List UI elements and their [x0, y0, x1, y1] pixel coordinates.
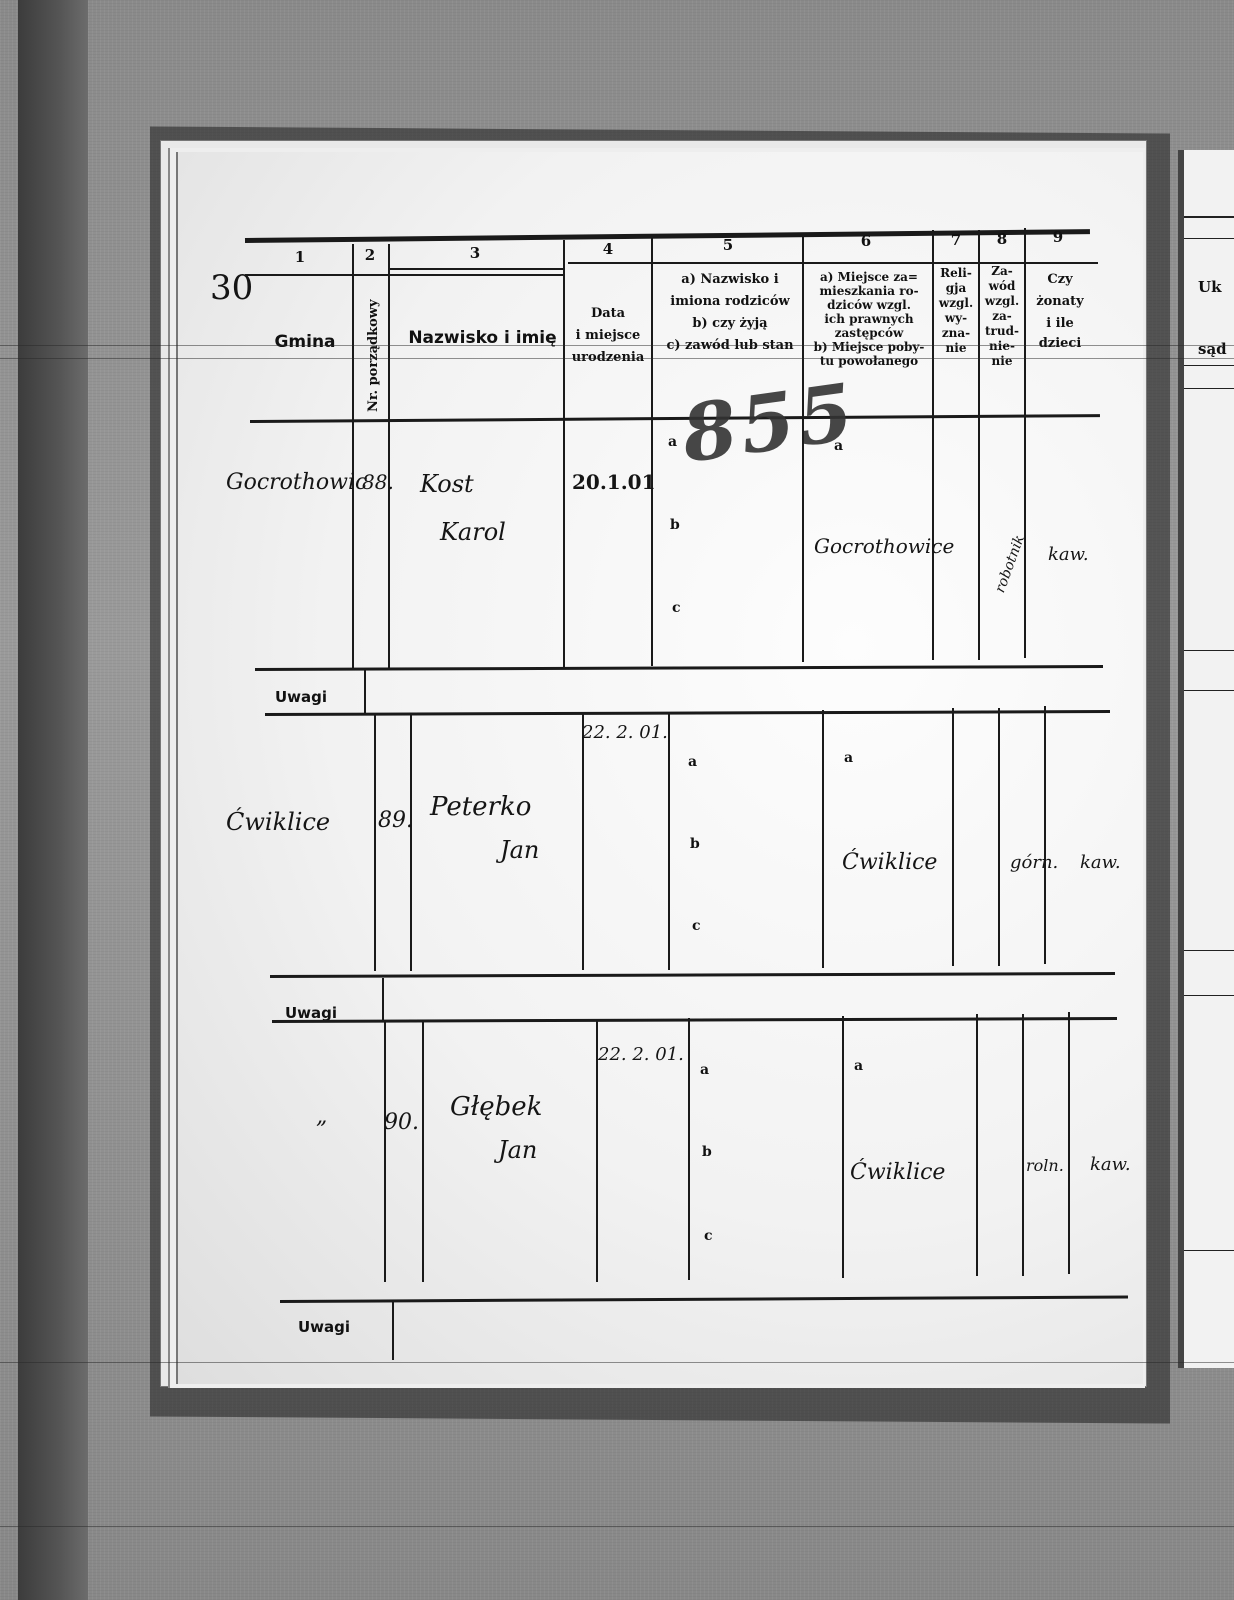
entry-birth-date: 20.1.01 [572, 470, 656, 494]
header-line: nie- [980, 339, 1024, 354]
header-line: dziców wzgl. [805, 298, 933, 312]
column-rule [410, 715, 412, 971]
column-rule [1068, 1012, 1070, 1274]
header-line: i miejsce [568, 328, 648, 344]
remarks-label: Uwagi [275, 688, 327, 706]
entry-surname: Kost [420, 470, 474, 498]
header-line: zastępców [805, 326, 933, 340]
column-rule [1024, 228, 1026, 658]
sub-label-a: a [688, 754, 697, 770]
entry-occupation: roln. [1026, 1156, 1064, 1175]
column-rule [978, 230, 980, 660]
column-rule [668, 712, 670, 970]
header-line: ich prawnych [805, 312, 933, 326]
column-rule [582, 712, 584, 970]
entry-nr: 88. [362, 470, 394, 494]
header-line: mieszkania ro- [805, 284, 933, 298]
column-rule [382, 978, 384, 1022]
header-line: Data [568, 306, 648, 322]
header-rodzice: a) Nazwisko i imiona rodziców b) czy żyj… [655, 272, 805, 354]
header-nr-porzadkowy: Nr. porządkowy [366, 299, 381, 412]
header-data-urodzenia: Data i miejsce urodzenia [568, 306, 648, 366]
header-line: Czy [1028, 272, 1092, 288]
column-number: 1 [285, 248, 315, 266]
column-rule [998, 708, 1000, 966]
header-line: wód [980, 279, 1024, 294]
adjacent-page: Uk r sąd [1178, 150, 1234, 1368]
sub-label-a: a [700, 1062, 709, 1078]
header-line: imiona rodziców [655, 294, 805, 310]
header-line: zna- [935, 326, 977, 341]
header-line: tu powołanego [805, 354, 933, 368]
header-line: b) czy żyją [655, 316, 805, 332]
entry-gmina: Gocrothowic [226, 470, 367, 495]
entry-surname: Głębek [450, 1092, 542, 1122]
entry-given-name: Jan [500, 836, 539, 864]
header-line: Za- [980, 264, 1024, 279]
entry-birth-date: 22. 2. 01. [598, 1044, 684, 1065]
entry-surname: Peterko [430, 792, 531, 822]
column-rule [422, 1022, 424, 1282]
header-line: żonaty [1028, 294, 1092, 310]
sub-label-a: a [844, 750, 853, 766]
entry-gmina-ditto: „ [316, 1104, 327, 1129]
header-line: gja [935, 281, 977, 296]
sub-label-b: b [702, 1144, 712, 1160]
scan-artifact [0, 1362, 1234, 1363]
header-line: a) Miejsce za= [805, 270, 933, 284]
binding-gutter [18, 0, 88, 1600]
column-rule [952, 708, 954, 966]
entry-residence: Ćwiklice [842, 850, 937, 875]
entry-marital: kaw. [1048, 544, 1089, 565]
sub-label-b: b [670, 517, 680, 533]
header-line: trud- [980, 324, 1024, 339]
column-rule [1022, 1014, 1024, 1276]
header-miejsce-zamieszkania: a) Miejsce za= mieszkania ro- dziców wzg… [805, 270, 933, 368]
remarks-label: Uwagi [298, 1318, 350, 1336]
column-number: 9 [1048, 228, 1068, 246]
scan-artifact [0, 1526, 1234, 1527]
column-rule [976, 1014, 978, 1276]
header-zonaty: Czy żonaty i ile dzieci [1028, 272, 1092, 352]
header-nazwisko-imie: Nazwisko i imię [400, 330, 565, 346]
sub-label-a: a [854, 1058, 863, 1074]
entry-marital: kaw. [1080, 852, 1121, 873]
column-number: 6 [856, 232, 876, 250]
header-zawod: Za- wód wzgl. za- trud- nie- nie [980, 264, 1024, 369]
column-rule [563, 240, 565, 668]
header-religia: Reli- gja wzgl. wy- zna- nie [935, 266, 977, 356]
column-rule [384, 1022, 386, 1282]
header-line: za- [980, 309, 1024, 324]
column-number: 2 [360, 246, 380, 264]
column-number: 5 [718, 236, 738, 254]
entry-nr: 89. [378, 808, 413, 833]
header-line: nie [935, 341, 977, 356]
entry-given-name: Jan [498, 1136, 537, 1164]
entry-residence: Gocrothowice [814, 534, 954, 558]
header-line: nie [980, 354, 1024, 369]
column-rule [1044, 706, 1046, 964]
adjacent-page-text: Uk [1198, 278, 1221, 296]
column-rule [932, 230, 934, 660]
scan-artifact [0, 358, 1234, 359]
header-rule [390, 268, 565, 270]
header-line: Reli- [935, 266, 977, 281]
header-line: wzgl. [935, 296, 977, 311]
entry-gmina: Ćwiklice [226, 808, 330, 836]
column-rule [392, 1302, 394, 1360]
column-number: 4 [598, 240, 618, 258]
column-rule [364, 670, 366, 714]
sub-label-a: a [668, 434, 677, 450]
sub-label-c: c [692, 918, 701, 934]
entry-marital: kaw. [1090, 1154, 1131, 1175]
entry-given-name: Karol [440, 518, 506, 546]
column-number: 3 [465, 244, 485, 262]
header-line: b) Miejsce poby- [805, 340, 933, 354]
header-line: c) zawód lub stan [655, 338, 805, 354]
header-line: wy- [935, 311, 977, 326]
column-rule [651, 238, 653, 666]
column-number: 7 [946, 231, 966, 249]
column-rule [388, 244, 390, 670]
column-rule [352, 244, 354, 670]
entry-occupation: górn. [1010, 852, 1058, 873]
column-rule [842, 1016, 844, 1278]
scan-artifact [0, 345, 1234, 346]
sub-label-c: c [672, 600, 681, 616]
entry-birth-date: 22. 2. 01. [582, 722, 668, 743]
column-rule [688, 1018, 690, 1280]
sub-label-c: c [704, 1228, 713, 1244]
adjacent-page-text: sąd [1198, 340, 1227, 358]
column-rule [822, 710, 824, 968]
header-line: dzieci [1028, 336, 1092, 352]
entry-nr: 90. [384, 1110, 419, 1135]
header-line: wzgl. [980, 294, 1024, 309]
header-rule [245, 274, 563, 276]
sub-label-a: a [834, 438, 843, 454]
column-number: 8 [992, 230, 1012, 248]
header-gmina: Gmina [265, 334, 345, 350]
column-rule [802, 234, 804, 662]
header-line: i ile [1028, 316, 1092, 332]
entry-residence: Ćwiklice [850, 1160, 945, 1185]
column-rule [374, 715, 376, 971]
header-line: a) Nazwisko i [655, 272, 805, 288]
sub-label-b: b [690, 836, 700, 852]
